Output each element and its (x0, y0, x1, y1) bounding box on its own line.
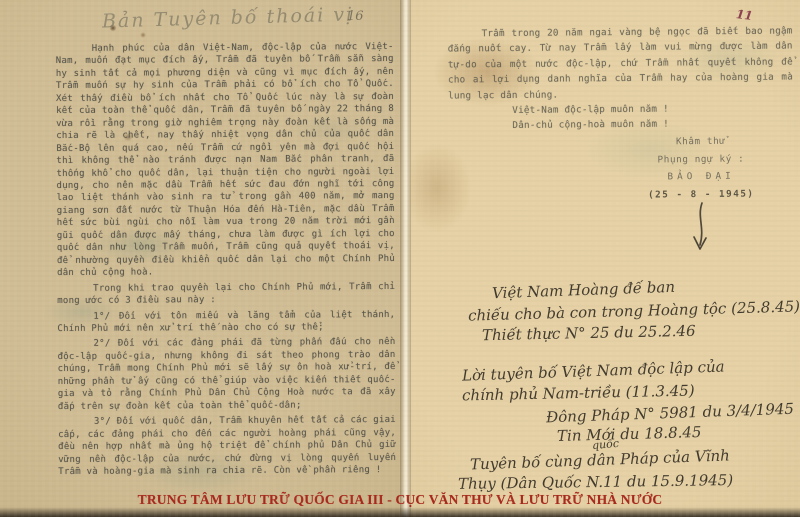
page-gutter (400, 0, 411, 517)
typed-paragraph: Trong khi trao quyền lại cho Chính Phủ m… (57, 281, 395, 308)
left-page-number: 16 (347, 9, 364, 24)
typed-paragraph: 2°/ Đối với các đảng phái đã từng phấn đ… (57, 336, 395, 413)
bottom-shadow (0, 507, 800, 517)
down-arrow-icon (688, 200, 714, 254)
scanned-document: Bản Tuyên bố thoái vị 16 11 Hạnh phúc củ… (0, 0, 800, 517)
typed-text-left: Hạnh phúc của dân Việt-Nam, độc-lập của … (56, 41, 397, 481)
attestation-line: Khâm thử (616, 132, 786, 151)
typed-paragraph: Hạnh phúc của dân Việt-Nam, độc-lập của … (56, 41, 395, 280)
typed-text-right: Trẫm trong 20 năm ngai vàng bệ ngọc đã b… (448, 23, 794, 134)
archive-caption: TRUNG TÂM LƯU TRỮ QUỐC GIA III - CỤC VĂN… (0, 492, 800, 508)
right-page-number: 11 (735, 7, 753, 23)
typed-paragraph: 3°/ Đối với quốc dân, Trẫm khuyên hết tấ… (58, 414, 396, 478)
typed-paragraph: 1°/ Đối với tôn miếu và lăng tẩm của liệ… (57, 308, 395, 335)
signed-by-line: Phụng ngự ký : (616, 150, 786, 169)
signature-block: Khâm thử Phụng ngự ký : BẢO ĐẠI (25 - 8 … (616, 132, 787, 204)
handwritten-note: Thụy (Dân Quốc N.11 du 15.9.1945) (458, 471, 733, 493)
signer-name: BẢO ĐẠI (616, 167, 786, 186)
typed-paragraph: Trẫm trong 20 năm ngai vàng bệ ngọc đã b… (448, 23, 794, 103)
